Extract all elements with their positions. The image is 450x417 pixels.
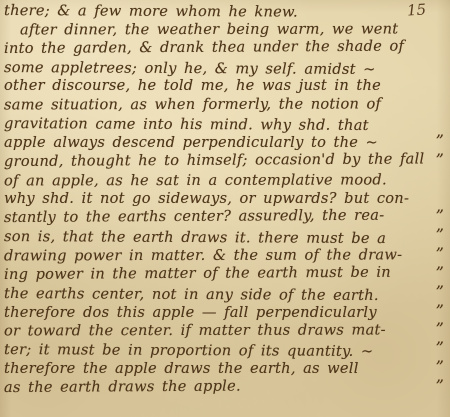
line-text: some appletrees; only he, & my self. ami… bbox=[4, 59, 376, 80]
manuscript-line: ter; it must be in proportion of its qua… bbox=[4, 341, 448, 360]
manuscript-line: of an apple, as he sat in a contemplativ… bbox=[4, 172, 448, 191]
margin-quote-mark: ” bbox=[436, 283, 444, 302]
margin-quote-mark: ” bbox=[436, 226, 444, 245]
manuscript-page: 15 there; & a few more whom he knew. aft… bbox=[0, 0, 450, 417]
margin-quote-mark: ” bbox=[436, 207, 444, 226]
line-text: same situation, as when formerly, the no… bbox=[4, 96, 381, 116]
manuscript-line: other discourse, he told me, he was just… bbox=[4, 77, 448, 96]
line-text: into the garden, & drank thea under the … bbox=[4, 37, 404, 58]
line-text: therefore the apple draws the earth, as … bbox=[4, 360, 359, 379]
margin-quote-mark: ” bbox=[436, 151, 444, 170]
manuscript-line: stantly to the earths center? assuredly,… bbox=[4, 209, 448, 228]
line-text: apple always descend perpendicularly to … bbox=[4, 134, 378, 153]
manuscript-line: or toward the center. if matter thus dra… bbox=[4, 322, 448, 341]
line-text: therefore dos this apple — fall perpendi… bbox=[4, 304, 377, 323]
manuscript-line: ing power in the matter of the earth mus… bbox=[4, 266, 448, 285]
manuscript-line: gravitation came into his mind. why shd.… bbox=[4, 115, 448, 134]
margin-quote-mark: ” bbox=[436, 320, 444, 339]
manuscript-line: the earths center, not in any side of th… bbox=[4, 285, 448, 304]
manuscript-text-block: there; & a few more whom he knew. after … bbox=[4, 2, 448, 398]
line-text: ter; it must be in proportion of its qua… bbox=[4, 341, 373, 362]
line-text: there; & a few more whom he knew. bbox=[4, 2, 298, 22]
manuscript-line: ground, thought he to himself; occasion'… bbox=[4, 153, 448, 172]
manuscript-line: same situation, as when formerly, the no… bbox=[4, 96, 448, 115]
manuscript-line: some appletrees; only he, & my self. ami… bbox=[4, 59, 448, 78]
margin-quote-mark: ” bbox=[436, 132, 444, 151]
manuscript-line: there; & a few more whom he knew. bbox=[4, 2, 448, 21]
line-text: as the earth draws the apple. bbox=[4, 377, 241, 397]
manuscript-line: son is, that the earth draws it. there m… bbox=[4, 228, 448, 247]
line-text: other discourse, he told me, he was just… bbox=[4, 77, 381, 96]
margin-quote-mark: ” bbox=[436, 339, 444, 358]
manuscript-line: therefore dos this apple — fall perpendi… bbox=[4, 304, 448, 323]
line-text: or toward the center. if matter thus dra… bbox=[4, 322, 386, 342]
line-text: stantly to the earths center? assuredly,… bbox=[4, 207, 384, 228]
manuscript-line: into the garden, & drank thea under the … bbox=[4, 40, 448, 59]
line-text: the earths center, not in any side of th… bbox=[4, 285, 379, 306]
line-text: ground, thought he to himself; occasion'… bbox=[4, 150, 425, 171]
line-text: of an apple, as he sat in a contemplativ… bbox=[4, 171, 387, 191]
manuscript-line: as the earth draws the apple.” bbox=[4, 379, 448, 398]
margin-quote-mark: ” bbox=[436, 264, 444, 283]
line-text: ing power in the matter of the earth mus… bbox=[4, 263, 391, 284]
margin-quote-mark: ” bbox=[436, 245, 444, 264]
margin-quote-mark: ” bbox=[436, 302, 444, 321]
line-text: gravitation came into his mind. why shd.… bbox=[4, 115, 369, 136]
margin-quote-mark: ” bbox=[436, 358, 444, 377]
margin-quote-mark: ” bbox=[436, 377, 444, 396]
manuscript-line: therefore the apple draws the earth, as … bbox=[4, 360, 448, 379]
